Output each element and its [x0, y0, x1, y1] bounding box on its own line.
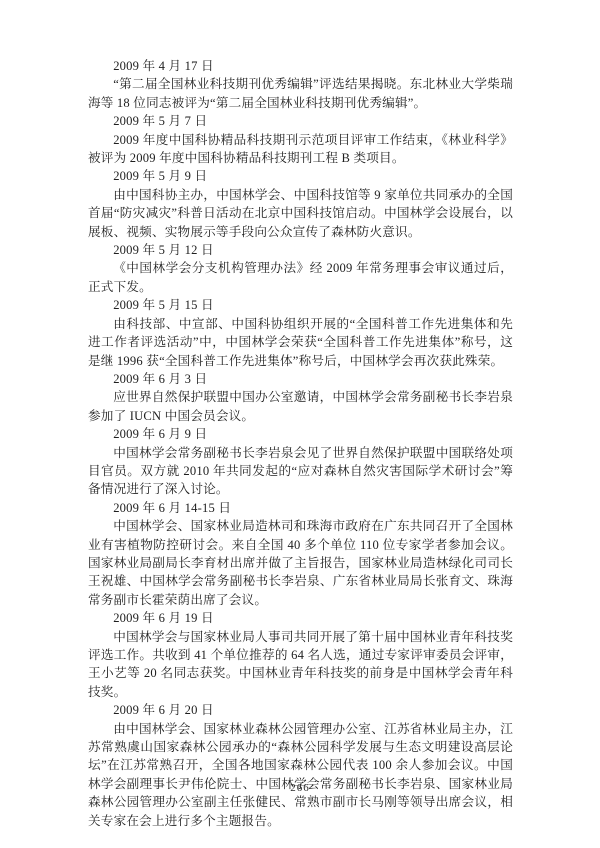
- entry-date: 2009 年 4 月 17 日: [88, 57, 513, 75]
- entry-date: 2009 年 5 月 7 日: [88, 112, 513, 130]
- chronicle-entry: 2009 年 6 月 14-15 日 中国林学会、国家林业局造林司和珠海市政府在…: [88, 499, 513, 609]
- entry-text: “第二届全国林业科技期刊优秀编辑”评选结果揭晓。东北林业大学柴瑞海等 18 位同…: [88, 75, 513, 112]
- chronicle-entry: 2009 年 6 月 9 日 中国林学会常务副秘书长李岩泉会见了世界自然保护联盟…: [88, 425, 513, 499]
- entry-date: 2009 年 6 月 14-15 日: [88, 499, 513, 517]
- chronicle-entry: 2009 年 5 月 9 日 由中国科协主办，中国林学会、中国科技馆等 9 家单…: [88, 167, 513, 241]
- entry-text: 《中国林学会分支机构管理办法》经 2009 年常务理事会审议通过后，正式下发。: [88, 259, 513, 296]
- chronicle-entry: 2009 年 6 月 3 日 应世界自然保护联盟中国办公室邀请，中国林学会常务副…: [88, 370, 513, 425]
- chronicle-entry: 2009 年 5 月 7 日 2009 年度中国科协精品科技期刊示范项目评审工作…: [88, 112, 513, 167]
- entry-text: 由中国林学会、国家林业森林公园管理办公室、江苏省林业局主办，江苏常熟虞山国家森林…: [88, 720, 513, 830]
- entry-date: 2009 年 5 月 9 日: [88, 167, 513, 185]
- document-page: 2009 年 4 月 17 日 “第二届全国林业科技期刊优秀编辑”评选结果揭晓。…: [0, 0, 600, 848]
- page-number: 266: [0, 782, 600, 794]
- entry-date: 2009 年 6 月 20 日: [88, 701, 513, 719]
- entry-date: 2009 年 6 月 3 日: [88, 370, 513, 388]
- entry-text: 由科技部、中宣部、中国科协组织开展的“全国科普工作先进集体和先进工作者评选活动”…: [88, 315, 513, 370]
- chronicle-entry: 2009 年 6 月 20 日 由中国林学会、国家林业森林公园管理办公室、江苏省…: [88, 701, 513, 830]
- chronicle-entry: 2009 年 4 月 17 日 “第二届全国林业科技期刊优秀编辑”评选结果揭晓。…: [88, 57, 513, 112]
- chronicle-entry: 2009 年 6 月 19 日 中国林学会与国家林业局人事司共同开展了第十届中国…: [88, 609, 513, 701]
- entry-text: 中国林学会与国家林业局人事司共同开展了第十届中国林业青年科技奖评选工作。共收到 …: [88, 628, 513, 702]
- entry-date: 2009 年 5 月 12 日: [88, 241, 513, 259]
- chronicle-entry: 2009 年 5 月 15 日 由科技部、中宣部、中国科协组织开展的“全国科普工…: [88, 296, 513, 370]
- entry-text: 应世界自然保护联盟中国办公室邀请，中国林学会常务副秘书长李岩泉参加了 IUCN …: [88, 388, 513, 425]
- entry-date: 2009 年 6 月 9 日: [88, 425, 513, 443]
- entry-text: 由中国科协主办，中国林学会、中国科技馆等 9 家单位共同承办的全国首届“防灾减灾…: [88, 186, 513, 241]
- entry-text: 2009 年度中国科协精品科技期刊示范项目评审工作结束，《林业科学》被评为 20…: [88, 131, 513, 168]
- chronicle-entry: 2009 年 5 月 12 日 《中国林学会分支机构管理办法》经 2009 年常…: [88, 241, 513, 296]
- entry-date: 2009 年 6 月 19 日: [88, 609, 513, 627]
- entry-text: 中国林学会常务副秘书长李岩泉会见了世界自然保护联盟中国联络处项目官员。双方就 2…: [88, 444, 513, 499]
- entry-text: 中国林学会、国家林业局造林司和珠海市政府在广东共同召开了全国林业有害植物防控研讨…: [88, 517, 513, 609]
- chronicle-entries: 2009 年 4 月 17 日 “第二届全国林业科技期刊优秀编辑”评选结果揭晓。…: [88, 57, 513, 830]
- entry-date: 2009 年 5 月 15 日: [88, 296, 513, 314]
